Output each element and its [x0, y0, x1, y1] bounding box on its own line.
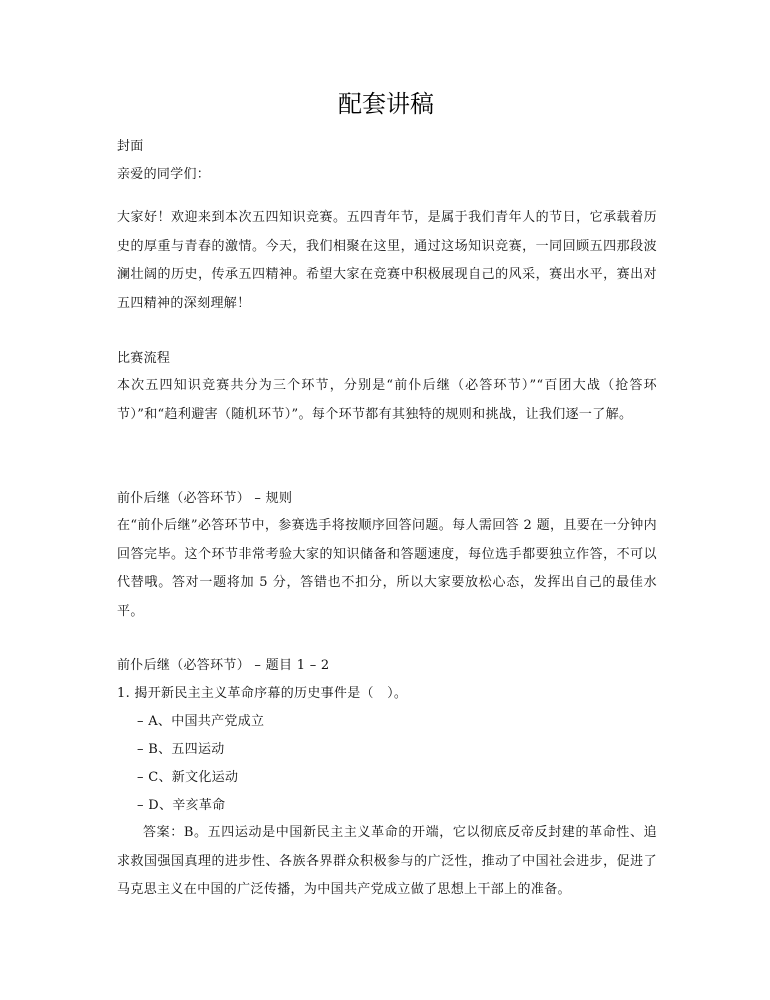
process-heading: 比赛流程 — [117, 345, 655, 373]
intro-paragraph: 大家好！欢迎来到本次五四知识竞赛。五四青年节，是属于我们青年人的节日，它承载着历… — [117, 204, 657, 318]
document-title: 配套讲稿 — [117, 88, 655, 120]
greeting: 亲爱的同学们： — [117, 161, 655, 189]
question-1-option-c: – C、新文化运动 — [117, 764, 675, 792]
questions-heading: 前仆后继（必答环节） – 题目 1 – 2 — [117, 652, 655, 680]
question-1-text: 1. 揭开新民主主义革命序幕的历史事件是（ ）。 — [117, 680, 655, 708]
question-1-answer: 答案：B。五四运动是中国新民主主义革命的开端，它以彻底反帝反封建的革命性、追求救… — [117, 819, 657, 905]
process-paragraph: 本次五四知识竞赛共分为三个环节，分别是“前仆后继（必答环节）”“百团大战（抢答环… — [117, 372, 657, 429]
question-1-option-a: – A、中国共产党成立 — [117, 708, 675, 736]
rules-heading: 前仆后继（必答环节） – 规则 — [117, 485, 655, 513]
question-1-option-d: – D、辛亥革命 — [117, 792, 675, 820]
question-1-option-b: – B、五四运动 — [117, 736, 675, 764]
cover-label: 封面 — [117, 133, 655, 161]
rules-paragraph: 在“前仆后继”必答环节中，参赛选手将按顺序回答问题。每人需回答 2 题，且要在一… — [117, 512, 657, 626]
